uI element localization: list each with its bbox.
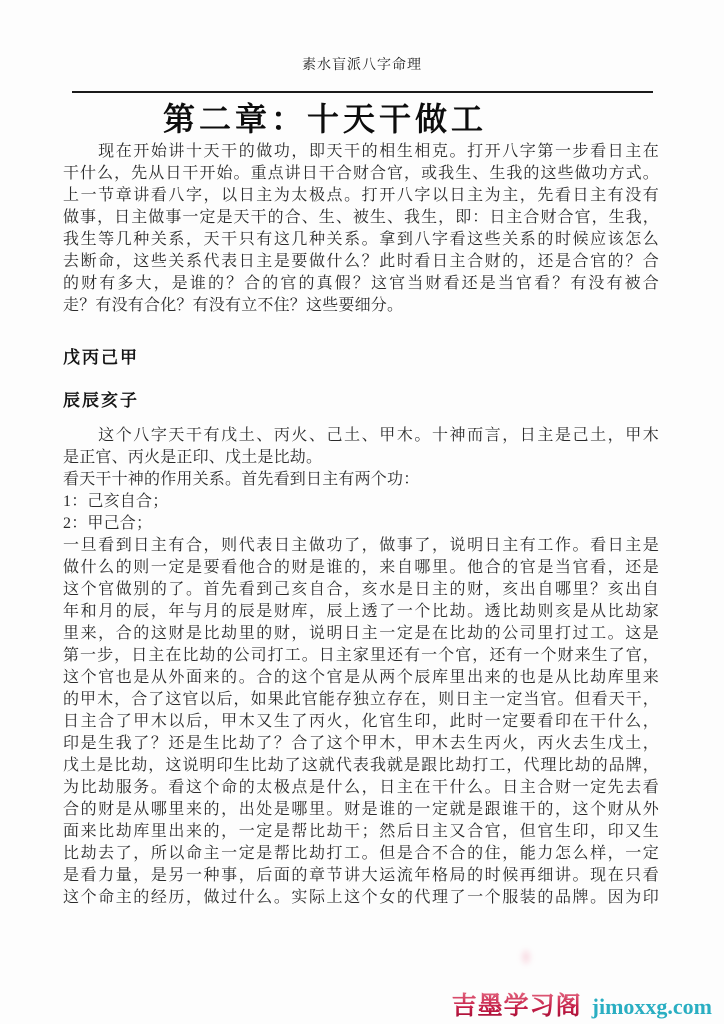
bazi-paragraph: 这个八字天干有戊土、丙火、己土、甲木。十神而言，日主是己土，甲木是正官、丙火是正… (63, 425, 659, 469)
text-line: 的甲木，合了这官以后，如果此官能存独立存在，则日主一定当官。但看天干， (63, 689, 659, 711)
site-name: 吉墨学习阁 (452, 986, 582, 1022)
text-line: 现在开始讲十天干的做功，即天干的相生相克。打开八字第一步看日主在 (63, 141, 659, 163)
text-line: 合的财是从哪里来的，出处是哪里。财是谁的一定就是跟谁干的，这个财从外 (63, 799, 659, 821)
text-line: 为比劫服务。看这个命的太极点是什么，日主在干什么。日主合财一定先去看 (63, 777, 659, 799)
text-line: 戊土是比劫，这说明印生比劫了这就代表我就是跟比劫打工，代理比劫的品牌， (63, 755, 659, 777)
text-line: 这个官也是从外面来的。合的这个官是从两个辰库里出来的也是从比劫库里来 (63, 667, 659, 689)
ten-gods-intro-line: 看天干十神的作用关系。首先看到日主有两个功： (63, 469, 659, 491)
chapter-title: 第二章：十天干做工 (0, 99, 687, 139)
text-line: 里来，合的这财是比劫里的财，说明日主一定是在比劫的公司里打过工。这是 (63, 623, 659, 645)
text-line: 做事，日主做事一定是天干的合、生、被生、我生，即：日主合财合官，生我， (63, 207, 659, 229)
text-line: 干什么，先从日干开始。重点讲日干合财合官，或我生、生我的这些做功方式。 (63, 163, 659, 185)
work-item-2: 2：甲己合； (63, 513, 659, 535)
text-line: 是看力量，是另一种事，后面的章节讲大运流年格局的时候再细讲。现在只看 (63, 865, 659, 887)
text-line: 面来比劫库里出来的，一定是帮比劫干；然后日主又合官，但官生印，印又生 (63, 821, 659, 843)
text-line: 印是生我了？还是生比劫了？合了这个甲木，甲木去生丙火，丙火去生戊土， (63, 733, 659, 755)
text-line: 的财有多大，是谁的？合的官的真假？这官当财看还是当官看？有没有被合 (63, 273, 659, 295)
footer-watermark: 吉墨学习阁 jimoxxg.com (452, 986, 712, 1022)
text-line: 上一节章讲看八字，以日主为太极点。打开八字以日主为主，先看日主有没有 (63, 185, 659, 207)
text-line: 做什么的则一定是要看他合的财是谁的，来自哪里。他合的官是当官看，还是 (63, 557, 659, 579)
page-header-title: 素水盲派八字命理 (0, 54, 724, 74)
analysis-paragraph: 一旦看到日主有合，则代表日主做功了，做事了，说明日主有工作。看日主是做什么的则一… (63, 535, 659, 909)
text-line: 年和月的辰，年与月的辰是财库，辰上透了一个比劫。透比劫则亥是从比劫家 (63, 601, 659, 623)
text-line: 这个八字天干有戊土、丙火、己土、甲木。十神而言，日主是己土，甲木 (63, 425, 659, 447)
text-line: 这个命主的经历，做过什么。实际上这个女的代理了一个服装的品牌。因为印 (63, 887, 659, 909)
branches-heading: 辰辰亥子 (63, 390, 659, 412)
text-line: 一旦看到日主有合，则代表日主做功了，做事了，说明日主有工作。看日主是 (63, 535, 659, 557)
text-line: 是正官、丙火是正印、戊土是比劫。 (63, 447, 659, 469)
text-line: 去断命，这些关系代表日主是要做什么？此时看日主合财的，还是合官的？合 (63, 251, 659, 273)
intro-paragraph: 现在开始讲十天干的做功，即天干的相生相克。打开八字第一步看日主在干什么，先从日干… (63, 141, 659, 317)
work-item-1: 1：己亥自合； (63, 491, 659, 513)
text-line: 走？有没有合化？有没有立不住？这些要细分。 (63, 295, 659, 317)
document-page: 素水盲派八字命理 第二章：十天干做工 现在开始讲十天干的做功，即天干的相生相克。… (0, 0, 724, 1024)
text-line: 我生等几种关系，天干只有这几种关系。拿到八字看这些关系的时候应该怎么 (63, 229, 659, 251)
text-line: 第一步，日主在比劫的公司打工。日主家里还有一个官，还有一个财来生了官， (63, 645, 659, 667)
scan-artifact (519, 947, 533, 967)
text-line: 比劫去了，所以命主一定是帮比劫打工。但是合不合的住，能力怎么样，一定 (63, 843, 659, 865)
header-divider (72, 91, 653, 93)
stems-heading: 戊丙己甲 (63, 347, 659, 369)
site-url: jimoxxg.com (592, 994, 712, 1020)
text-line: 日主合了甲木以后，甲木又生了丙火，化官生印，此时一定要看印在干什么， (63, 711, 659, 733)
text-line: 这个官做别的了。首先看到己亥自合，亥水是日主的财，亥出自哪里？亥出自 (63, 579, 659, 601)
